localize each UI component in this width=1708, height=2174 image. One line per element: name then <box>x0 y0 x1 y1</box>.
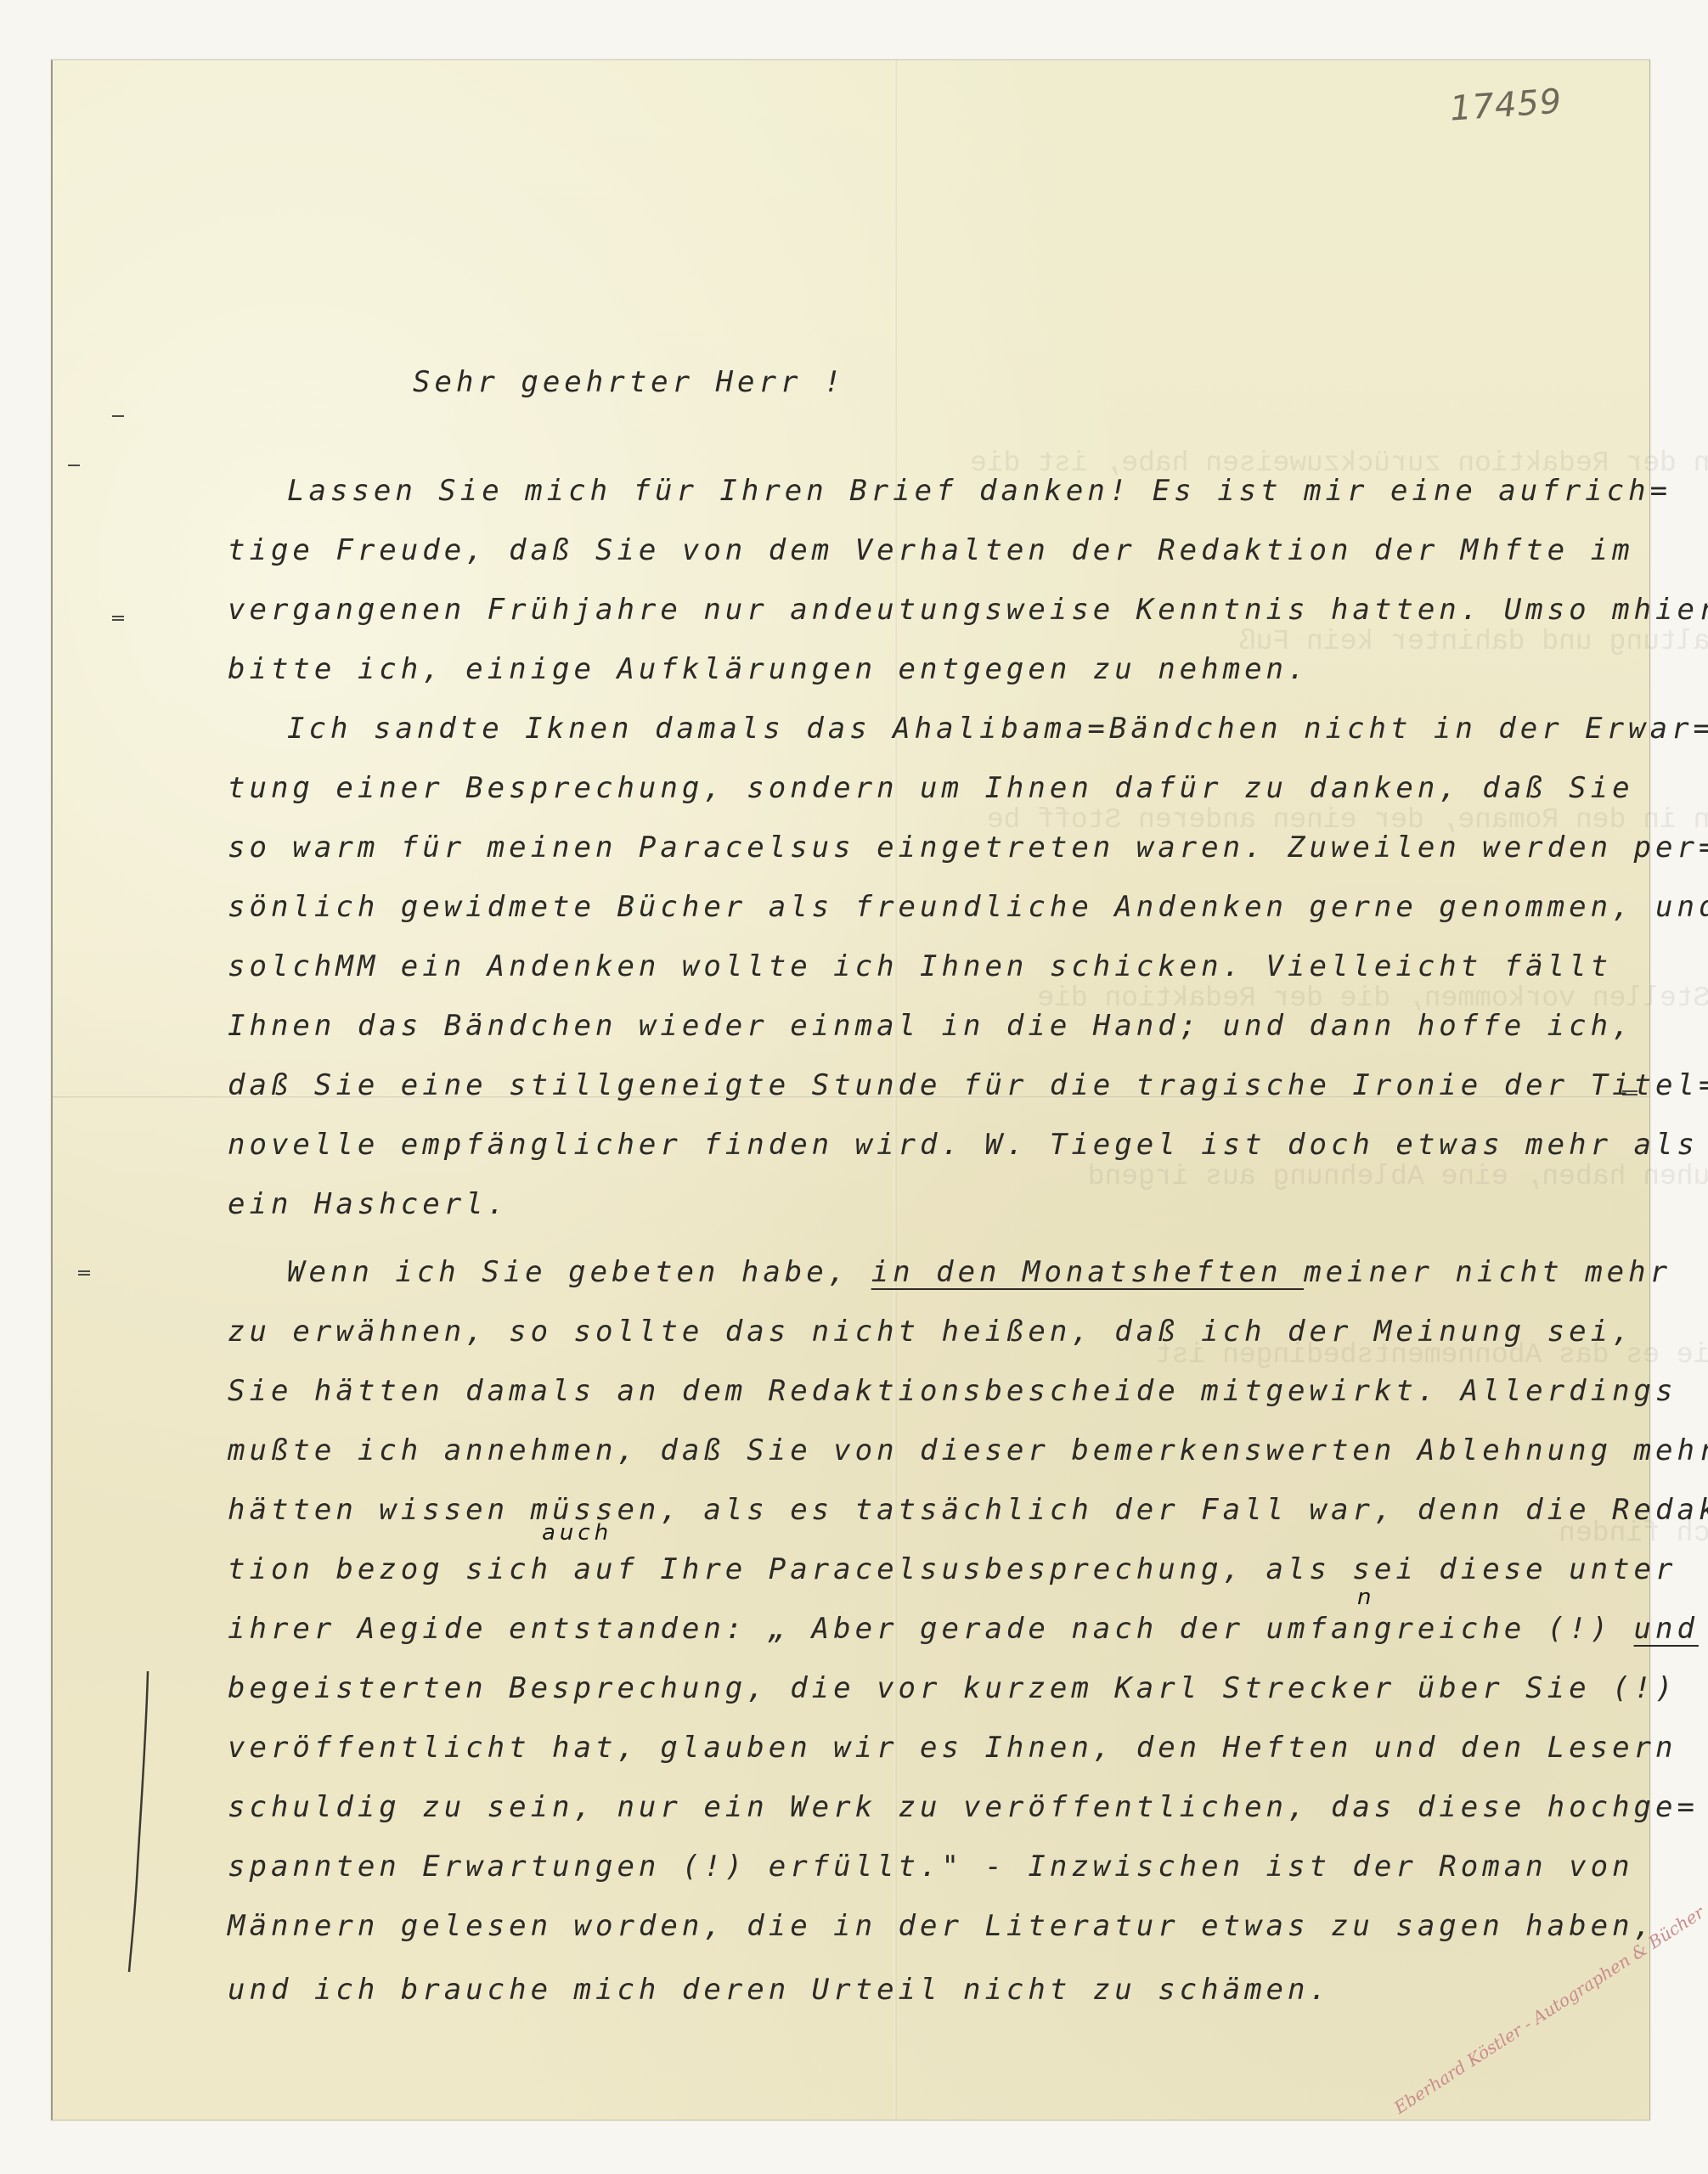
text-line: Sie hätten damals an dem Redaktionsbesch… <box>228 1374 1677 1408</box>
margin-dash-mark <box>68 465 80 466</box>
text-line: Männern gelesen worden, die in der Liter… <box>228 1909 1655 1943</box>
pencil-margin-line <box>121 1670 155 1975</box>
text-line: Wenn ich Sie gebeten habe, in den Monats… <box>287 1255 1671 1289</box>
text-line: spannten Erwartungen (!) erfüllt." - Inz… <box>228 1850 1634 1884</box>
text-line: daß Sie eine stillgeneigte Stunde für di… <box>228 1068 1708 1102</box>
text-line: sönlich gewidmete Bücher als freundliche… <box>228 890 1708 924</box>
text-line: Ich sandte Iknen damals das Ahalibama=Bä… <box>287 712 1708 746</box>
text-line: solchMM ein Andenken wollte ich Ihnen sc… <box>228 949 1612 983</box>
margin-double-dash-mark <box>112 616 124 621</box>
underlined-phrase: und <box>1634 1612 1699 1646</box>
archive-number-handwritten: 17459 <box>1449 82 1564 128</box>
text-line: novelle empfänglicher finden wird. W. Ti… <box>228 1128 1699 1162</box>
text-line: tige Freude, daß Sie von dem Verhalten d… <box>228 533 1634 567</box>
underlined-phrase: in den Monatsheften <box>871 1255 1304 1289</box>
text-line: und ich brauche mich deren Urteil nicht … <box>228 1973 1331 2007</box>
salutation: Sehr geehrter Herr ! <box>413 365 845 399</box>
text-line: mußte ich annehmen, daß Sie von dieser b… <box>228 1433 1708 1467</box>
text-segment: Wenn ich Sie gebeten habe, <box>287 1255 871 1289</box>
text-line: zu erwähnen, so sollte das nicht heißen,… <box>228 1315 1634 1349</box>
text-line: Ihnen das Bändchen wieder einmal in die … <box>228 1009 1634 1043</box>
text-line: tung einer Besprechung, sondern um Ihnen… <box>228 771 1634 805</box>
handwritten-insert-auch: auch <box>542 1520 612 1546</box>
bleed-through-text: Was ich an dem Verhalten der Redaktion z… <box>970 315 1708 1682</box>
text-line: so warm für meinen Paracelsus eingetrete… <box>228 831 1708 865</box>
margin-double-dash-mark <box>78 1270 90 1276</box>
text-line: ihrer Aegide entstanden: „ Aber gerade n… <box>228 1612 1699 1646</box>
text-line: veröffentlicht hat, glauben wir es Ihnen… <box>228 1731 1677 1765</box>
handwritten-insert-n: n <box>1357 1585 1375 1610</box>
text-line: vergangenen Frühjahre nur andeutungsweis… <box>228 593 1708 627</box>
text-line: hätten wissen müssen, als es tatsächlich… <box>228 1493 1708 1527</box>
text-segment: meiner nicht mehr <box>1304 1255 1671 1289</box>
text-line: bitte ich, einige Aufklärungen entgegen … <box>228 652 1310 686</box>
text-line: ein Hashcerl. <box>228 1187 509 1221</box>
text-line: begeisterten Besprechung, die vor kurzem… <box>228 1671 1677 1705</box>
text-line: schuldig zu sein, nur ein Werk zu veröff… <box>228 1790 1699 1824</box>
text-line: Lassen Sie mich für Ihren Brief danken! … <box>287 474 1671 508</box>
text-segment: ihrer Aegide entstanden: „ Aber gerade n… <box>228 1612 1634 1646</box>
text-line: tion bezog sich auf Ihre Paracelsusbespr… <box>228 1552 1677 1586</box>
margin-dash-mark <box>112 415 124 417</box>
